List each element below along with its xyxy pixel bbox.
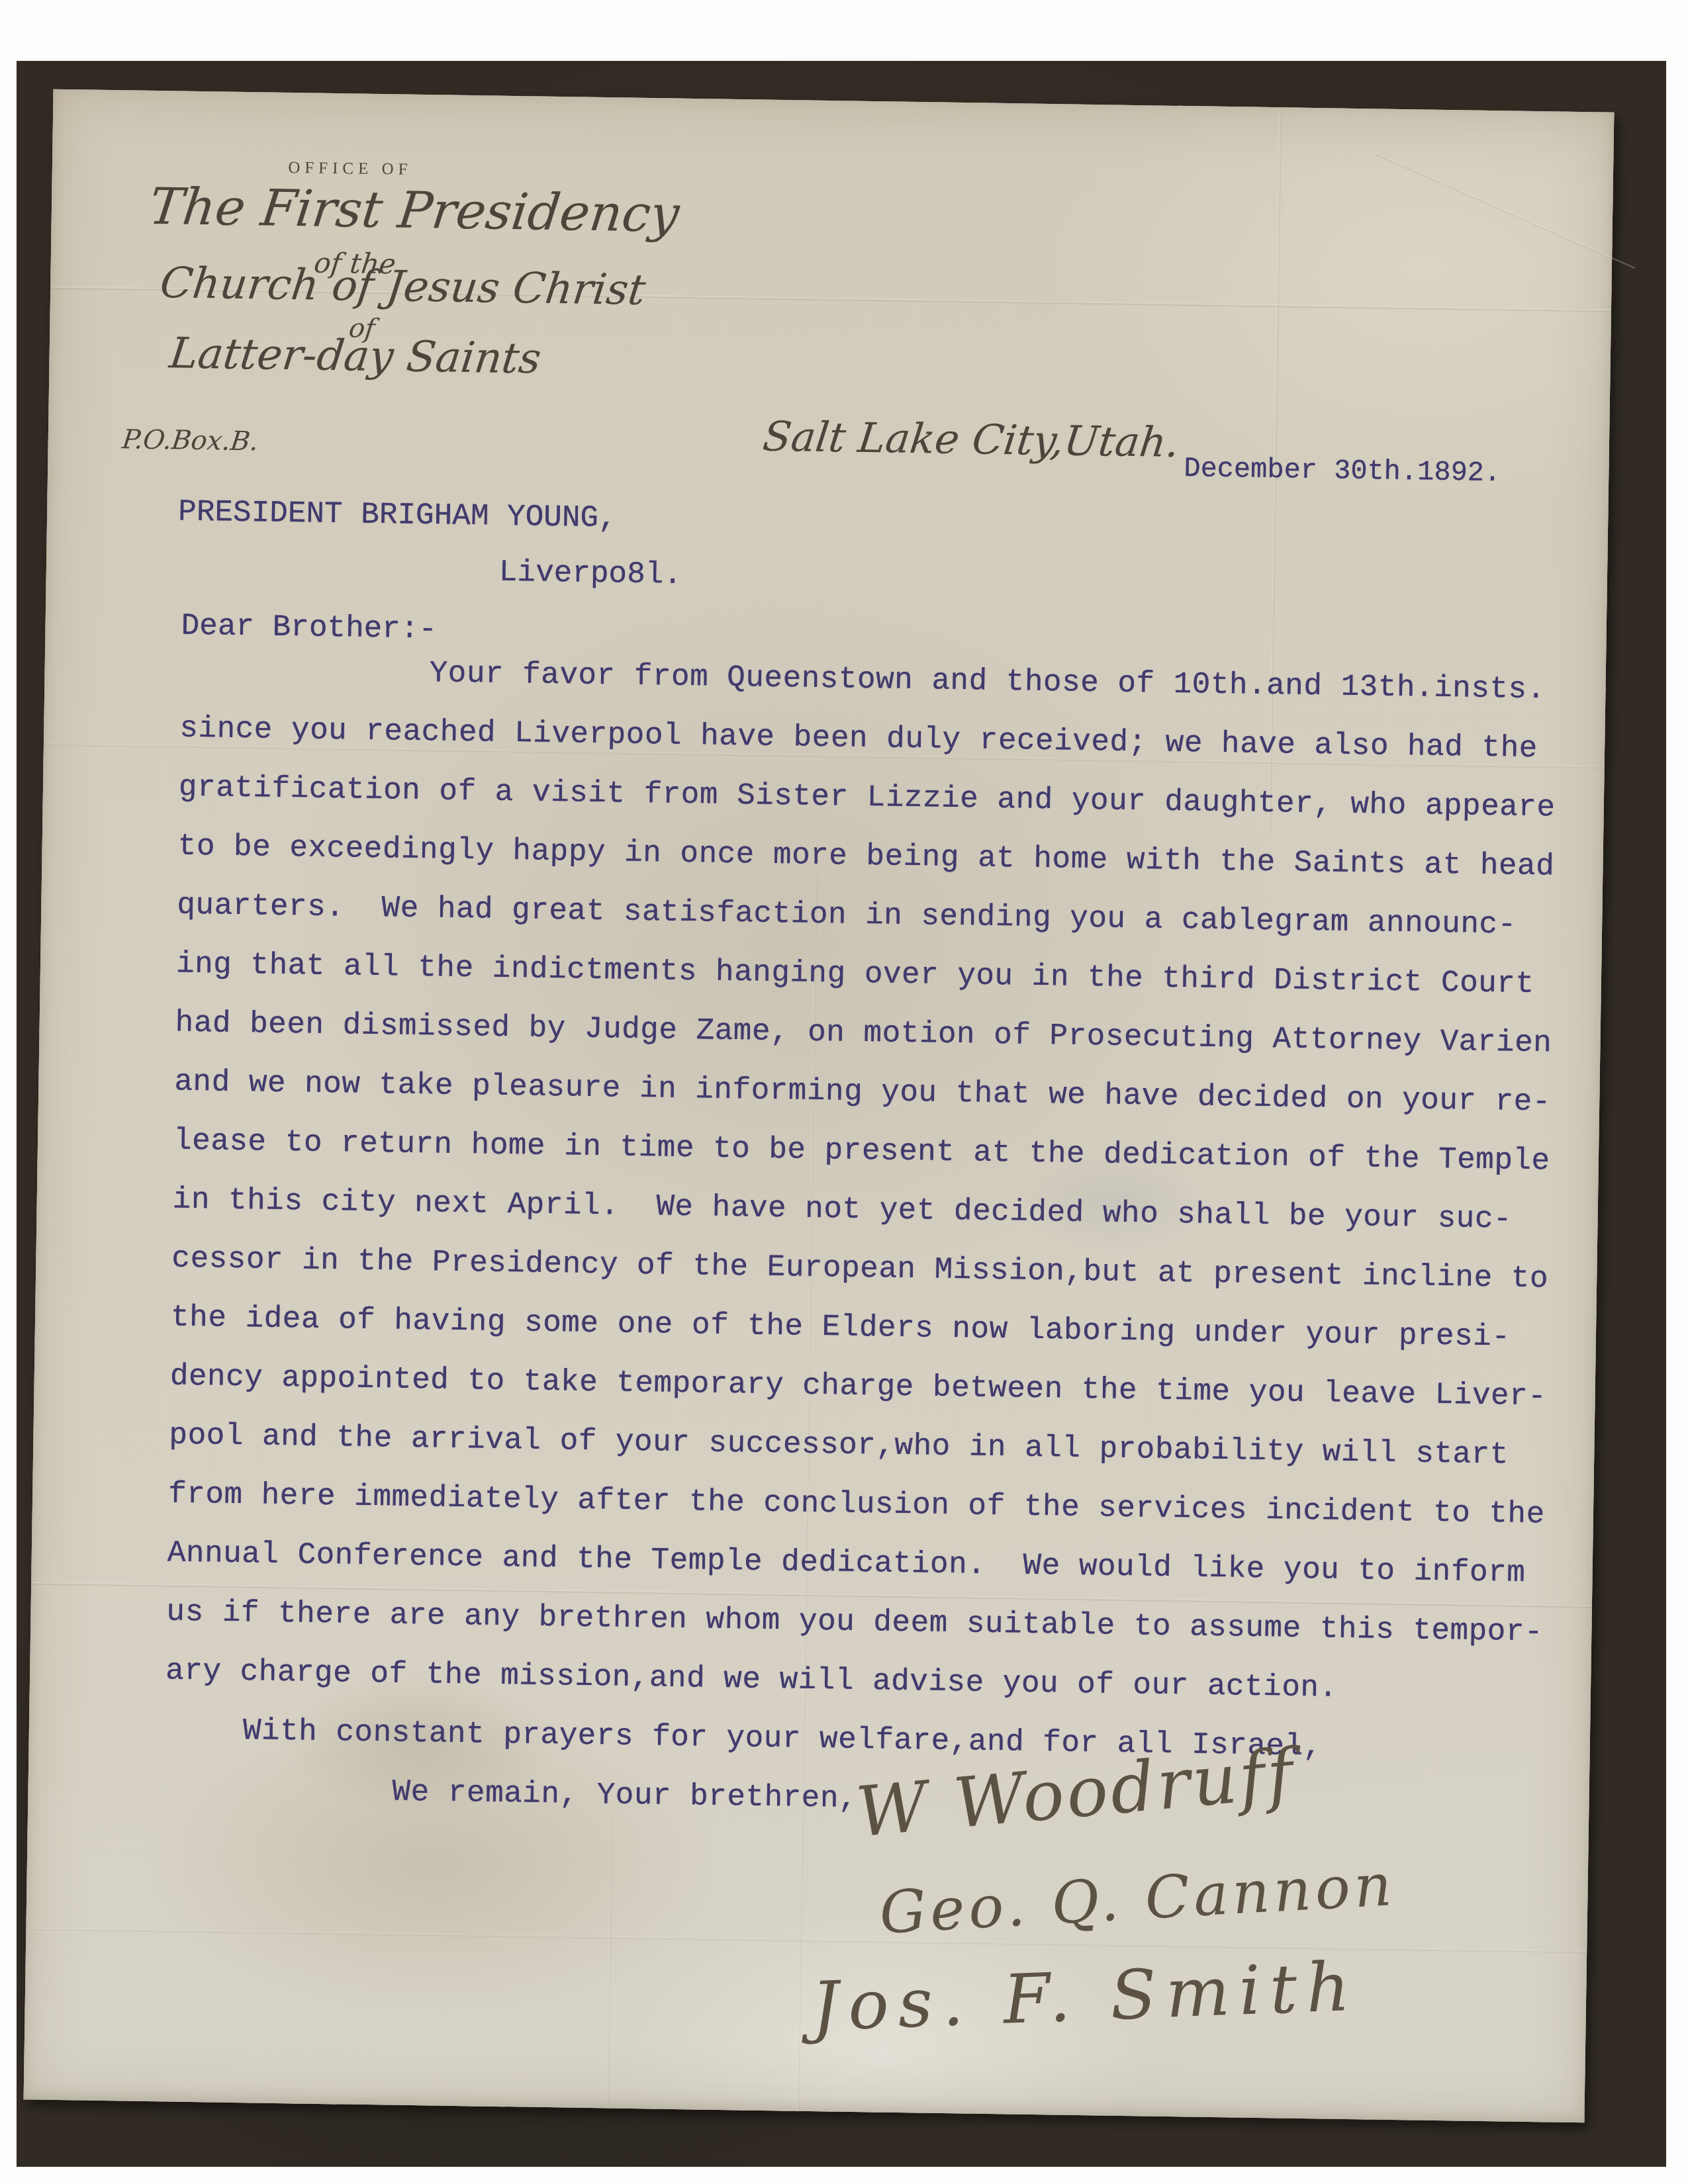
- letterhead-church-of-jesus-christ: Church of Jesus Christ: [158, 259, 648, 315]
- salutation: Dear Brother:-: [181, 609, 437, 647]
- signature-joseph-f-smith: Jos. F. Smith: [810, 1948, 1360, 2047]
- letter-paper: OFFICE OF The First Presidency of the Ch…: [24, 89, 1615, 2123]
- fold-crease-vertical: [606, 1818, 612, 2108]
- scan-page: OFFICE OF The First Presidency of the Ch…: [0, 0, 1688, 2184]
- corner-fold-crease: [1374, 152, 1635, 269]
- date-line: December 30th.1892.: [1184, 453, 1501, 489]
- recipient-city: Liverpo8l.: [499, 555, 682, 592]
- letterhead-office-of: OFFICE OF: [271, 159, 430, 180]
- letterhead-latter-day-saints: Latter-day Saints: [167, 329, 543, 383]
- letter-body: Your favor from Queenstown and those of …: [164, 653, 1611, 1852]
- recipient-name: PRESIDENT BRIGHAM YOUNG,: [178, 495, 617, 536]
- po-box-line: P.O.Box.B.: [120, 424, 260, 457]
- letterhead-first-presidency: The First Presidency: [146, 177, 682, 244]
- place-script: Salt Lake City,Utah.: [761, 412, 1182, 467]
- signature-george-q-cannon: Geo. Q. Cannon: [878, 1850, 1397, 1947]
